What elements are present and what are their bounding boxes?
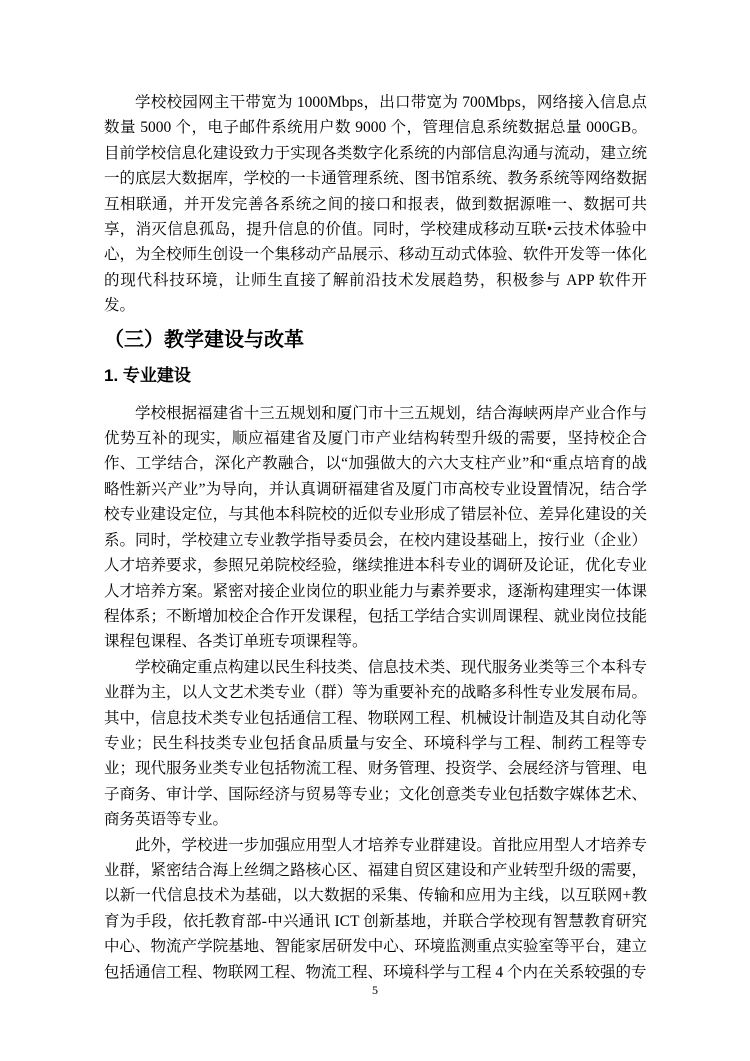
paragraph: 此外，学校进一步加强应用型人才培养专业群建设。首批应用型人才培养专业群，紧密结合… (104, 833, 647, 985)
page-number: 5 (0, 983, 750, 997)
section-heading: （三）教学建设与改革 (104, 327, 647, 353)
document-page: 学校校园网主干带宽为 1000Mbps，出口带宽为 700Mbps，网络接入信息… (0, 0, 750, 1061)
intro-paragraph: 学校校园网主干带宽为 1000Mbps，出口带宽为 700Mbps，网络接入信息… (104, 90, 647, 319)
paragraph: 学校根据福建省十三五规划和厦门市十三五规划，结合海峡两岸产业合作与优势互补的现实… (104, 401, 647, 655)
paragraph: 学校确定重点构建以民生科技类、信息技术类、现代服务业类等三个本科专业群为主，以人… (104, 655, 647, 833)
document-content: 学校校园网主干带宽为 1000Mbps，出口带宽为 700Mbps，网络接入信息… (104, 90, 647, 985)
subsection-heading: 1. 专业建设 (104, 365, 647, 387)
